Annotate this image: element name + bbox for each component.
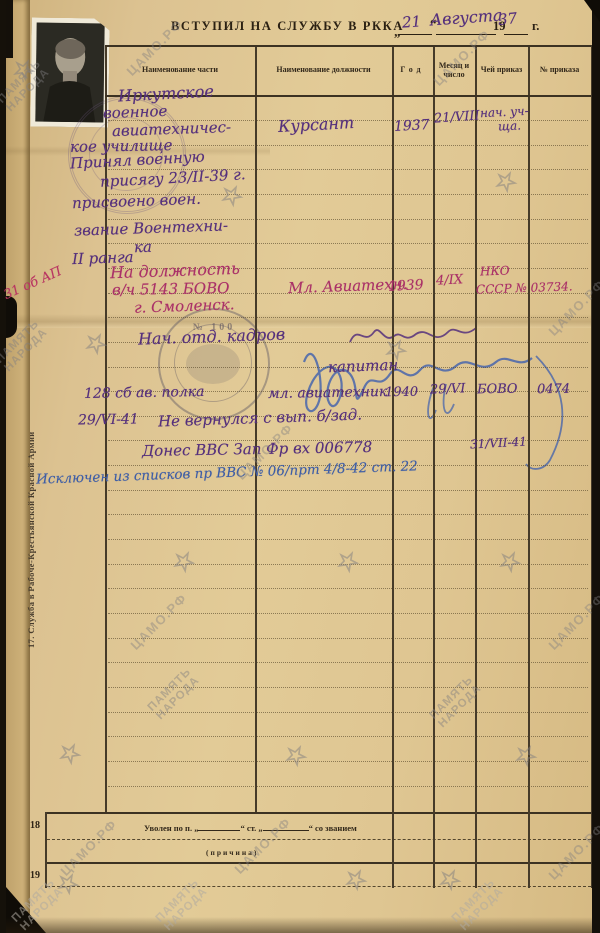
table-column-line <box>433 45 435 812</box>
ruled-line <box>47 838 591 840</box>
scan-edge <box>592 0 600 933</box>
table-column-line <box>528 45 530 812</box>
day-blank-line <box>398 33 432 35</box>
table-column-line <box>392 812 394 888</box>
blank-line <box>263 822 309 831</box>
handwritten-r1-order-l2: ща. <box>498 118 522 133</box>
handwritten-r3-unit: 128 сб ав. полка <box>84 384 205 402</box>
handwritten-rank-l2: звание Воентехни- <box>74 216 229 239</box>
handwritten-r1-order-l1: нач. уч- <box>480 104 529 121</box>
row-number: 18 <box>30 820 40 831</box>
dismissed-label: Уволен по п. „“ ст. „“ со званием <box>144 822 357 833</box>
handwritten-r2-date: 4/IX <box>436 272 464 288</box>
section-border <box>45 812 591 814</box>
open-quote: „ <box>394 24 401 40</box>
column-header: Наименование должности <box>257 45 390 95</box>
handwritten-r2-order-l1: НКО <box>480 263 510 278</box>
table-column-line <box>475 45 477 812</box>
handwritten-r1-date: 21/VIII <box>434 108 481 126</box>
handwritten-t-day: 21 <box>401 12 421 31</box>
ruled-line <box>108 587 588 589</box>
year-blank-line <box>504 33 528 35</box>
scan-corner <box>584 0 600 22</box>
table-column-line <box>528 812 530 888</box>
dismissed-label-part: Уволен по п. „ <box>144 823 198 833</box>
ruled-line <box>108 735 588 737</box>
ruled-line <box>108 513 588 515</box>
year-suffix: г. <box>532 19 539 34</box>
ruled-line <box>108 563 588 565</box>
scan-edge <box>6 0 13 58</box>
ruled-line <box>108 686 588 688</box>
ruled-line <box>108 785 588 787</box>
handwritten-rank-l3: ка <box>134 238 153 257</box>
handwritten-r1-year: 1937 <box>394 117 430 135</box>
dismissed-label-part: “ ст. „ <box>240 823 262 833</box>
ruled-line <box>108 612 588 614</box>
column-header: Чей приказ <box>477 45 526 95</box>
ruled-line <box>108 637 588 639</box>
handwritten-iskl: Исключен из списков пр ВВС № 06/прт 4/8-… <box>36 458 418 487</box>
handwritten-r3-order: БОВО <box>477 382 518 398</box>
section-left-border <box>45 812 47 888</box>
handwritten-t-year: 37 <box>497 9 518 29</box>
handwritten-nv-date: 29/VI-41 <box>78 411 139 428</box>
table-column-line <box>433 812 435 888</box>
ruled-line <box>108 489 588 491</box>
column-header: Месяц и число <box>435 45 473 95</box>
handwritten-r2-year: 1939 <box>388 277 424 295</box>
column-header: Год <box>394 45 431 95</box>
handwritten-r2-unit-l3: г. Смоленск. <box>134 295 235 316</box>
handwritten-r3-year: 1940 <box>385 385 418 401</box>
enlistment-title: ВСТУПИЛ НА СЛУЖБУ В РККА <box>171 19 404 34</box>
handwritten-r1-pos: Курсант <box>278 113 355 136</box>
table-column-line <box>392 45 394 812</box>
scan-shadow <box>6 917 593 933</box>
margin-vertical-caption: 17. Служба в Рабоче-Крестьянской Красной… <box>26 256 36 648</box>
handwritten-r3-no: 0474 <box>537 382 570 398</box>
blank-line <box>198 822 240 831</box>
ruled-line <box>108 711 588 713</box>
dismissed-label-part: “ со званием <box>309 823 357 833</box>
handwritten-kapitan: капитан <box>328 356 399 376</box>
reason-label: (причина) <box>206 848 258 857</box>
handwritten-r1-unit-l2: военное <box>103 102 168 122</box>
scanned-military-record: ВСТУПИЛ НА СЛУЖБУ В РККА „ “ 19 г. <box>0 0 600 933</box>
table-column-line <box>255 45 257 812</box>
month-blank-line <box>436 33 496 35</box>
table-column-line <box>475 812 477 888</box>
ruled-line <box>108 538 588 540</box>
handwritten-r3-pos: мл. авиатехник <box>268 384 388 402</box>
record-card-page: ВСТУПИЛ НА СЛУЖБУ В РККА „ “ 19 г. <box>6 0 593 933</box>
ruled-line <box>108 661 588 663</box>
handwritten-rank-l1: присвоено воен. <box>72 190 201 212</box>
handwritten-r3-date: 29/VI <box>430 381 466 397</box>
row-number: 19 <box>30 870 40 881</box>
ruled-line <box>108 760 588 762</box>
ruled-line <box>47 885 591 887</box>
handwritten-dones-date: 31/VII-41 <box>470 435 527 452</box>
ruled-line <box>108 242 588 244</box>
ruled-line <box>108 144 588 146</box>
handwritten-r2-order-l2: СССР № 03734. <box>476 279 573 296</box>
ruled-line <box>108 316 588 318</box>
column-header: № приказа <box>530 45 589 95</box>
section-border <box>45 862 591 864</box>
